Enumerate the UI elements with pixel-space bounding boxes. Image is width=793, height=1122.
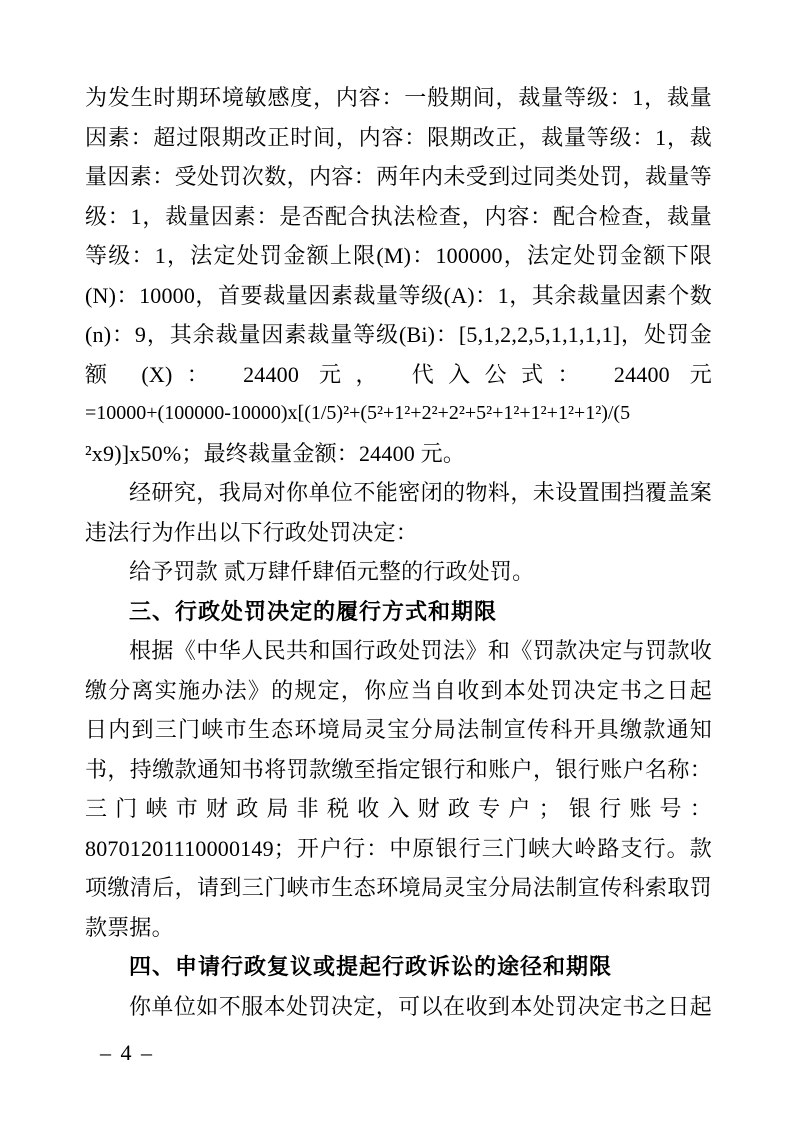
text-line: 书，持缴款通知书将罚款缴至指定银行和账户，银行账户名称： xyxy=(85,750,712,790)
document-page: 为发生时期环境敏感度，内容：一般期间，裁量等级：1，裁量因素：超过限期改正时间，… xyxy=(0,0,793,1122)
text-line: 项缴清后，请到三门峡市生态环境局灵宝分局法制宣传科索取罚 xyxy=(85,868,712,908)
text-line: 你单位如不服本处罚决定，可以在收到本处罚决定书之日起 xyxy=(85,987,712,1027)
text-line: 为发生时期环境敏感度，内容：一般期间，裁量等级：1，裁量 xyxy=(85,78,712,118)
text-line: ²x9)]x50%；最终裁量金额：24400 元。 xyxy=(85,434,712,474)
text-line: 日内到三门峡市生态环境局灵宝分局法制宣传科开具缴款通知 xyxy=(85,710,712,750)
text-line: 根据《中华人民共和国行政处罚法》和《罚款决定与罚款收 xyxy=(85,631,712,671)
text-line: 量因素：受处罚次数，内容：两年内未受到过同类处罚，裁量等 xyxy=(85,157,712,197)
text-line: (N)：10000，首要裁量因素裁量等级(A)：1，其余裁量因素个数 xyxy=(85,276,712,316)
text-line: 等级：1，法定处罚金额上限(M)：100000，法定处罚金额下限 xyxy=(85,236,712,276)
text-line: 缴分离实施办法》的规定，你应当自收到本处罚决定书之日起 15 xyxy=(85,671,712,711)
text-line: 违法行为作出以下行政处罚决定： xyxy=(85,513,712,553)
text-line: 因素：超过限期改正时间，内容：限期改正，裁量等级：1，裁 xyxy=(85,118,712,158)
text-line: 经研究，我局对你单位不能密闭的物料，未设置围挡覆盖案 xyxy=(85,473,712,513)
text-line: 款票据。 xyxy=(85,908,712,948)
section-heading: 四、申请行政复议或提起行政诉讼的途径和期限 xyxy=(85,947,712,987)
text-line: (n)：9，其余裁量因素裁量等级(Bi)：[5,1,2,2,5,1,1,1,1]… xyxy=(85,315,712,355)
text-line: =10000+(100000-10000)x[(1/5)²+(5²+1²+2²+… xyxy=(85,394,712,434)
text-line: 额 (X)： 24400 元， 代入公式： 24400 元 xyxy=(85,355,712,395)
page-number: – 4 – xyxy=(100,1040,154,1066)
text-line: 三门峡市财政局非税收入财政专户；银行账号： xyxy=(85,789,712,829)
page-body: 为发生时期环境敏感度，内容：一般期间，裁量等级：1，裁量因素：超过限期改正时间，… xyxy=(85,78,712,1026)
section-heading: 三、行政处罚决定的履行方式和期限 xyxy=(85,592,712,632)
text-line: 给予罚款 贰万肆仟肆佰元整的行政处罚。 xyxy=(85,552,712,592)
text-line: 级：1，裁量因素：是否配合执法检查，内容：配合检查，裁量 xyxy=(85,197,712,237)
text-line: 80701201110000149；开户行：中原银行三门峡大岭路支行。款 xyxy=(85,829,712,869)
